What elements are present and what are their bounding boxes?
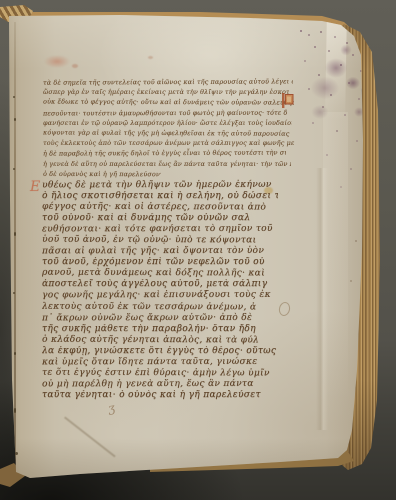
gospel-line: τῆς συκῆς μάθετε τὴν παραβολήν· ὅταν ἤδη <box>42 324 278 335</box>
gutter-spot <box>13 292 15 294</box>
commentary-line: πεσοῦνται· τουτέστιν ἀμαυρωθήσονται τοῦ … <box>43 107 287 118</box>
commentary-line: ὁ δὲ οὐρανὸς καὶ ἡ γῆ παρελεύσονται <box>43 169 161 180</box>
gutter-spot <box>13 168 15 170</box>
gospel-text-block: υθέως δὲ μετὰ τὴν θλῆψιν τῶν ἡμερῶν ἐκήν… <box>42 180 278 401</box>
gospel-line: ταῦτα γένηται· ὁ οὐνὸς καὶ ἡ γῆ παρελεύσ… <box>42 390 278 401</box>
gutter-fold-line <box>14 22 16 472</box>
commentary-line: φανήσεται ἐν τῷ οὐρανῷ λαμπρότερον ἡλίου… <box>43 118 292 128</box>
gospel-line: τοῦ ἀνοῦ, ἐρχόμενον ἐπὶ τῶν νεφελῶν τοῦ … <box>42 257 278 268</box>
faded-red-dot <box>72 64 78 68</box>
rubric-initial: Ε <box>30 179 40 195</box>
gospel-line: φέγγος αὐτῆς· καὶ οἱ ἀστέρες, πεσοῦνται … <box>42 202 278 214</box>
rubric-paragraph-mark <box>281 92 294 109</box>
pen-flourish: ʒ <box>107 401 116 416</box>
gospel-line: ρανοῦ, μετὰ δυνάμεως καὶ δόξης πολλῆς· κ… <box>42 268 278 280</box>
gospel-line: ὁ κλάδος αὐτῆς γένηται ἁπαλὸς, καὶ τὰ φύ… <box>42 334 278 346</box>
commentary-line: τὰ δὲ σημεῖα τῆς συντελείας τοῦ αἰῶνος κ… <box>43 76 293 88</box>
manuscript-page: τὰ δὲ σημεῖα τῆς συντελείας τοῦ αἰῶνος κ… <box>0 0 396 500</box>
gospel-line: λα ἐκφύῃ, γινώσκετε ὅτι ἐγγὺς τὸ θέρος· … <box>42 346 278 357</box>
gospel-line: λεκτοὺς αὐτοῦ ἐκ τῶν τεσσάρων ἀνέμων, ἀ <box>42 301 278 313</box>
mold-speckles <box>300 30 302 32</box>
gospel-line: γος φωνῆς μεγάλης· καὶ ἐπισυνάξουσι τοὺς… <box>42 290 278 302</box>
gospel-line: οὐ μὴ παρέλθῃ ἡ γενεὰ αὕτη, ἕως ἂν πάντα <box>42 379 278 391</box>
gospel-line: πᾶσαι αἱ φυλαὶ τῆς γῆς· καὶ ὄψονται τὸν … <box>42 246 278 258</box>
commentary-line: κόψονται γὰρ αἱ φυλαὶ τῆς γῆς μὴ ὠφεληθε… <box>43 127 290 138</box>
gospel-line: ὁ ἥλιος σκοτισθήσεται καὶ ἡ σελήνη, οὐ δ… <box>42 191 278 202</box>
commentary-block: τὰ δὲ σημεῖα τῆς συντελείας τοῦ αἰῶνος κ… <box>43 77 295 179</box>
gutter-spot <box>15 452 18 455</box>
commentary-line: ἡ γενεὰ δὲ αὕτη οὐ παρελεύσεται ἕως ἂν π… <box>43 159 291 169</box>
gutter-spot <box>14 232 16 236</box>
ink-ring-mark <box>278 301 292 317</box>
crease-right-margin <box>316 168 328 430</box>
gospel-line: υθέως δὲ μετὰ τὴν θλῆψιν τῶν ἡμερῶν ἐκήν… <box>42 180 278 192</box>
gospel-line: π᾽ ἄκρων οὐνῶν ἕως ἄκρων αὐτῶν· ἀπὸ δὲ <box>42 312 278 324</box>
gospel-line: τοῦ οὐνοῦ· καὶ αἱ δυνάμης τῶν οὐνῶν σαλ <box>42 213 278 224</box>
gospel-line: τε ὅτι ἐγγύς ἐστιν ἐπὶ θύραις· ἀμὴν λέγω… <box>42 367 278 379</box>
faded-red-smudge <box>44 55 70 68</box>
gutter-spot <box>14 118 16 121</box>
commentary-line: ἡ δὲ παραβολὴ τῆς συκῆς δηλοῖ τὸ ἐγγὺς ε… <box>43 148 286 159</box>
gutter-spot <box>14 352 16 355</box>
gospel-line: καὶ ὑμεῖς ὅταν ἴδητε πάντα ταῦτα, γινώσκ… <box>42 356 278 368</box>
manuscript-photo: τὰ δὲ σημεῖα τῆς συντελείας τοῦ αἰῶνος κ… <box>0 0 396 500</box>
crease-bottom-left <box>64 416 115 457</box>
gutter-spot <box>13 96 15 98</box>
faded-red-dot <box>148 56 153 59</box>
gutter-spot <box>14 408 16 413</box>
commentary-line: οὐκ ἔδωκε τὸ φέγγος αὐτῆς· οὕτω καὶ αἱ δ… <box>43 97 294 108</box>
